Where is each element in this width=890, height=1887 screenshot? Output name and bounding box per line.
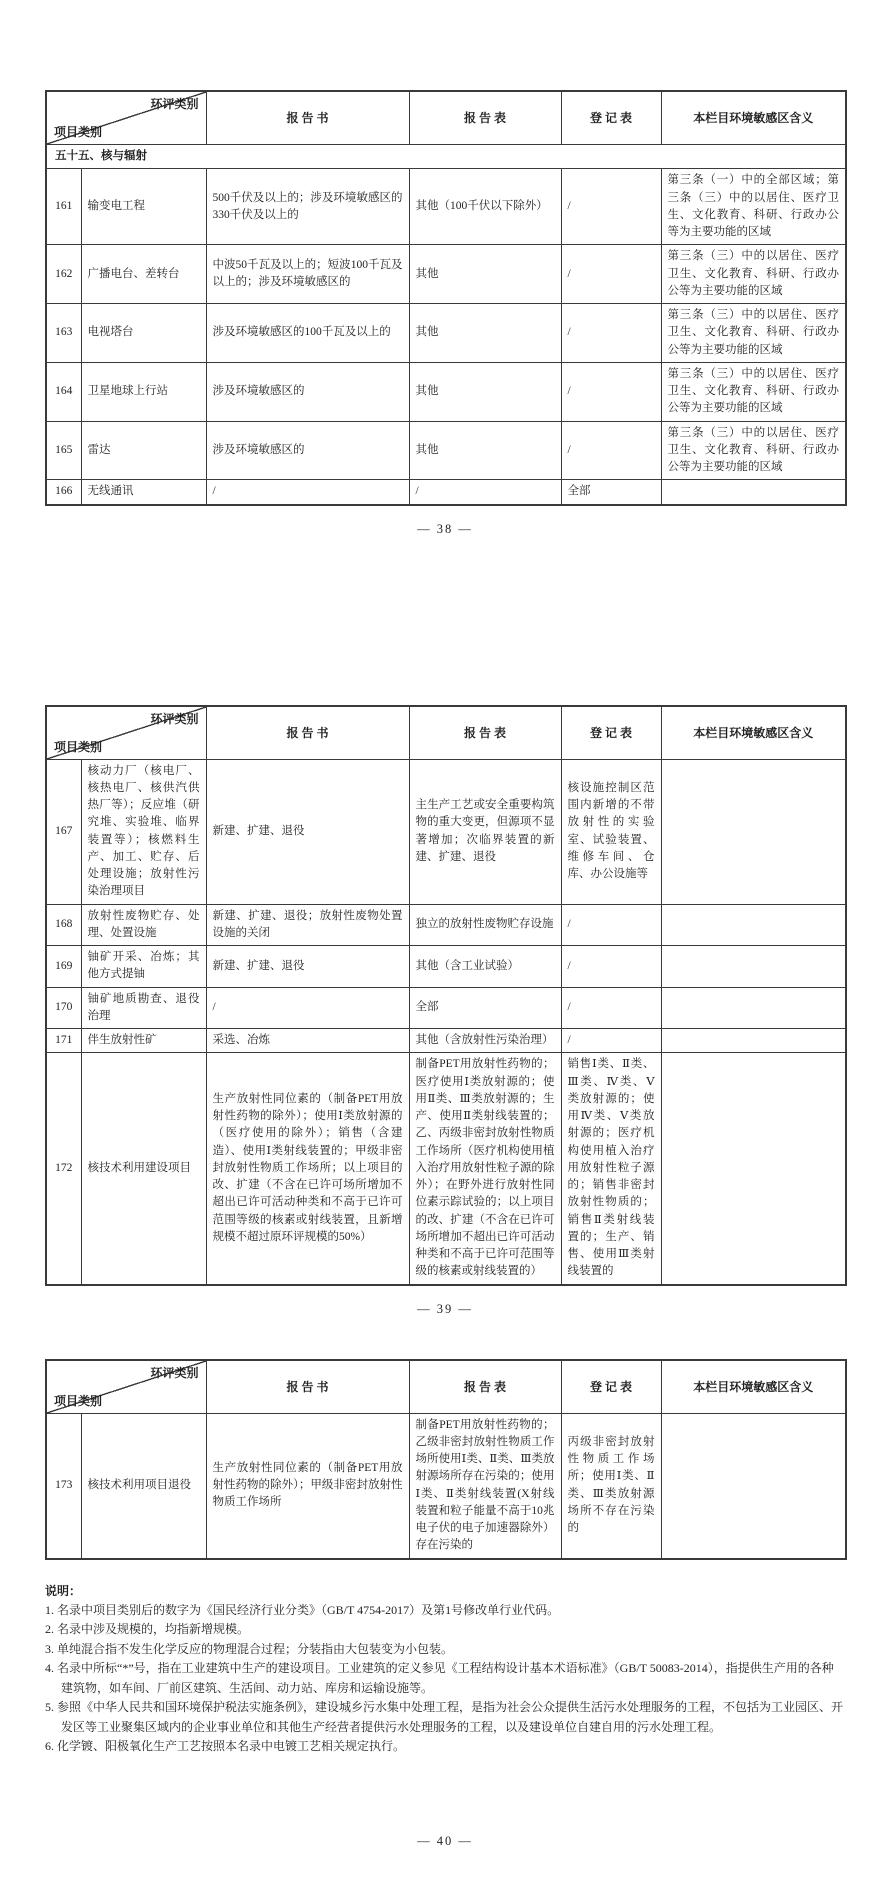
- row-number-cell: 164: [46, 362, 81, 421]
- table-body: 161输变电工程500千伏及以上的；涉及环境敏感区的330千伏及以上的其他（10…: [46, 169, 846, 505]
- column-header-report-book: 报 告 书: [206, 1360, 409, 1414]
- sensitive-area-meaning-cell: [661, 987, 846, 1029]
- project-category-cell: 卫星地球上行站: [81, 362, 206, 421]
- row-number-cell: 163: [46, 304, 81, 363]
- sensitive-area-meaning-cell: [661, 1053, 846, 1285]
- page-number-38: — 38 —: [45, 522, 845, 537]
- report-book-cell: 涉及环境敏感区的100千瓦及以上的: [206, 304, 409, 363]
- sensitive-area-meaning-cell: [661, 904, 846, 946]
- eia-table-page40: 环评类别 项目类别 报 告 书 报 告 表 登 记 表 本栏目环境敏感区含义 1…: [45, 1359, 847, 1560]
- note-item: 3. 单纯混合指不发生化学反应的物理混合过程；分装指由大包装变为小包装。: [45, 1640, 845, 1659]
- row-number-cell: 161: [46, 169, 81, 245]
- sensitive-area-meaning-cell: 第三条（一）中的全部区域；第三条（三）中的以居住、医疗卫生、文化教育、科研、行政…: [661, 169, 846, 245]
- registration-form-cell: /: [561, 245, 661, 304]
- row-number-cell: 162: [46, 245, 81, 304]
- column-header-report-form: 报 告 表: [409, 706, 561, 760]
- section-title-row: 五十五、核与辐射: [46, 145, 846, 169]
- report-form-cell: 制备PET用放射性药物的；医疗使用Ⅰ类放射源的；使用Ⅱ类、Ⅲ类放射源的；生产、使…: [409, 1053, 561, 1285]
- diagonal-header-cell: 环评类别 项目类别: [46, 706, 206, 760]
- registration-form-cell: /: [561, 987, 661, 1029]
- header-row: 环评类别 项目类别 报 告 书 报 告 表 登 记 表 本栏目环境敏感区含义: [46, 1360, 846, 1414]
- report-form-cell: 主生产工艺或安全重要构筑物的重大变更，但源项不显著增加；次临界装置的新建、扩建、…: [409, 759, 561, 904]
- column-header-report-book: 报 告 书: [206, 706, 409, 760]
- column-header-registration-form: 登 记 表: [561, 91, 661, 145]
- eia-table-page39: 环评类别 项目类别 报 告 书 报 告 表 登 记 表 本栏目环境敏感区含义 1…: [45, 705, 847, 1286]
- project-category-cell: 铀矿地质勘查、退役治理: [81, 987, 206, 1029]
- registration-form-cell: 丙级非密封放射性物质工作场所；使用Ⅰ类、Ⅱ类、Ⅲ类放射源场所不存在污染的: [561, 1413, 661, 1559]
- table-row: 173核技术利用项目退役生产放射性同位素的（制备PET用放射性药物的除外）；甲级…: [46, 1413, 846, 1559]
- report-form-cell: 其他（100千伏以下除外）: [409, 169, 561, 245]
- report-form-cell: 制备PET用放射性药物的；乙级非密封放射性物质工作场所使用Ⅰ类、Ⅱ类、Ⅲ类放射源…: [409, 1413, 561, 1559]
- report-form-cell: 独立的放射性废物贮存设施: [409, 904, 561, 946]
- report-book-cell: 采选、冶炼: [206, 1029, 409, 1053]
- section-body: 五十五、核与辐射: [46, 145, 846, 169]
- sensitive-area-meaning-cell: [661, 759, 846, 904]
- table-row: 170铀矿地质勘查、退役治理/全部/: [46, 987, 846, 1029]
- page-number-40: — 40 —: [45, 1834, 845, 1849]
- registration-form-cell: 销售Ⅰ类、Ⅱ类、Ⅲ类、Ⅳ类、Ⅴ类放射源的；使用Ⅳ类、Ⅴ类放射源的；医疗机构使用植…: [561, 1053, 661, 1285]
- project-category-cell: 伴生放射性矿: [81, 1029, 206, 1053]
- registration-form-cell: /: [561, 362, 661, 421]
- report-book-cell: 中波50千瓦及以上的；短波100千瓦及以上的；涉及环境敏感区的: [206, 245, 409, 304]
- report-book-cell: /: [206, 987, 409, 1029]
- column-header-sensitive-area: 本栏目环境敏感区含义: [661, 91, 846, 145]
- report-form-cell: 其他（含工业试验）: [409, 946, 561, 988]
- sensitive-area-meaning-cell: [661, 946, 846, 988]
- header-row: 环评类别 项目类别 报 告 书 报 告 表 登 记 表 本栏目环境敏感区含义: [46, 91, 846, 145]
- eia-table-page38: 环评类别 项目类别 报 告 书 报 告 表 登 记 表 本栏目环境敏感区含义 五…: [45, 90, 847, 506]
- table-row: 169铀矿开采、冶炼；其他方式提铀新建、扩建、退役其他（含工业试验）/: [46, 946, 846, 988]
- registration-form-cell: /: [561, 421, 661, 480]
- table-row: 172核技术利用建设项目生产放射性同位素的（制备PET用放射性药物的除外）；使用…: [46, 1053, 846, 1285]
- row-number-cell: 173: [46, 1413, 81, 1559]
- sensitive-area-meaning-cell: 第三条（三）中的以居住、医疗卫生、文化教育、科研、行政办公等为主要功能的区域: [661, 362, 846, 421]
- row-number-cell: 167: [46, 759, 81, 904]
- report-book-cell: 新建、扩建、退役: [206, 946, 409, 988]
- registration-form-cell: 核设施控制区范围内新增的不带放射性的实验室、试验装置、维修车间、仓库、办公设施等: [561, 759, 661, 904]
- note-item: 6. 化学镀、阳极氧化生产工艺按照本名录中电镀工艺相关规定执行。: [45, 1737, 845, 1756]
- report-form-cell: 其他: [409, 421, 561, 480]
- table-row: 171伴生放射性矿采选、冶炼其他（含放射性污染治理）/: [46, 1029, 846, 1053]
- eia-category-label: 环评类别: [150, 1364, 198, 1382]
- note-item: 1. 名录中项目类别后的数字为《国民经济行业分类》（GB/T 4754-2017…: [45, 1601, 845, 1620]
- registration-form-cell: /: [561, 169, 661, 245]
- sensitive-area-meaning-cell: 第三条（三）中的以居住、医疗卫生、文化教育、科研、行政办公等为主要功能的区域: [661, 421, 846, 480]
- column-header-registration-form: 登 记 表: [561, 706, 661, 760]
- column-header-report-form: 报 告 表: [409, 1360, 561, 1414]
- column-header-sensitive-area: 本栏目环境敏感区含义: [661, 1360, 846, 1414]
- report-form-cell: 其他: [409, 362, 561, 421]
- note-item: 4. 名录中所标“*”号，指在工业建筑中生产的建设项目。工业建筑的定义参见《工程…: [45, 1659, 845, 1698]
- notes-section: 说明： 1. 名录中项目类别后的数字为《国民经济行业分类》（GB/T 4754-…: [45, 1582, 845, 1757]
- column-header-report-book: 报 告 书: [206, 91, 409, 145]
- project-category-cell: 雷达: [81, 421, 206, 480]
- row-number-cell: 166: [46, 480, 81, 505]
- document-sheet: 环评类别 项目类别 报 告 书 报 告 表 登 记 表 本栏目环境敏感区含义 五…: [45, 0, 845, 1849]
- report-form-cell: 其他: [409, 245, 561, 304]
- table-row: 161输变电工程500千伏及以上的；涉及环境敏感区的330千伏及以上的其他（10…: [46, 169, 846, 245]
- notes-list: 1. 名录中项目类别后的数字为《国民经济行业分类》（GB/T 4754-2017…: [45, 1601, 845, 1757]
- row-number-cell: 171: [46, 1029, 81, 1053]
- report-book-cell: 涉及环境敏感区的: [206, 421, 409, 480]
- report-book-cell: 生产放射性同位素的（制备PET用放射性药物的除外）；甲级非密封放射性物质工作场所: [206, 1413, 409, 1559]
- column-header-report-form: 报 告 表: [409, 91, 561, 145]
- report-form-cell: /: [409, 480, 561, 505]
- table-row: 166无线通讯//全部: [46, 480, 846, 505]
- row-number-cell: 172: [46, 1053, 81, 1285]
- note-item: 2. 名录中涉及规模的，均指新增规模。: [45, 1620, 845, 1639]
- page-number-39: — 39 —: [45, 1302, 845, 1317]
- table-row: 167核动力厂（核电厂、核热电厂、核供汽供热厂等）；反应堆（研究堆、实验堆、临界…: [46, 759, 846, 904]
- registration-form-cell: /: [561, 946, 661, 988]
- registration-form-cell: 全部: [561, 480, 661, 505]
- row-number-cell: 169: [46, 946, 81, 988]
- sensitive-area-meaning-cell: [661, 480, 846, 505]
- column-header-registration-form: 登 记 表: [561, 1360, 661, 1414]
- registration-form-cell: /: [561, 304, 661, 363]
- project-category-cell: 电视塔台: [81, 304, 206, 363]
- column-header-sensitive-area: 本栏目环境敏感区含义: [661, 706, 846, 760]
- registration-form-cell: /: [561, 904, 661, 946]
- sensitive-area-meaning-cell: [661, 1029, 846, 1053]
- report-book-cell: 新建、扩建、退役；放射性废物处置设施的关闭: [206, 904, 409, 946]
- table-row: 165雷达涉及环境敏感区的其他/第三条（三）中的以居住、医疗卫生、文化教育、科研…: [46, 421, 846, 480]
- project-category-label: 项目类别: [54, 738, 102, 756]
- project-category-label: 项目类别: [54, 123, 102, 141]
- project-category-cell: 无线通讯: [81, 480, 206, 505]
- eia-category-label: 环评类别: [150, 95, 198, 113]
- report-book-cell: 新建、扩建、退役: [206, 759, 409, 904]
- report-book-cell: 涉及环境敏感区的: [206, 362, 409, 421]
- table-header: 环评类别 项目类别 报 告 书 报 告 表 登 记 表 本栏目环境敏感区含义: [46, 1360, 846, 1414]
- table-row: 162广播电台、差转台中波50千瓦及以上的；短波100千瓦及以上的；涉及环境敏感…: [46, 245, 846, 304]
- row-number-cell: 170: [46, 987, 81, 1029]
- table-body: 167核动力厂（核电厂、核热电厂、核供汽供热厂等）；反应堆（研究堆、实验堆、临界…: [46, 759, 846, 1285]
- project-category-cell: 输变电工程: [81, 169, 206, 245]
- table-body: 173核技术利用项目退役生产放射性同位素的（制备PET用放射性药物的除外）；甲级…: [46, 1413, 846, 1559]
- diagonal-header-cell: 环评类别 项目类别: [46, 91, 206, 145]
- report-book-cell: 500千伏及以上的；涉及环境敏感区的330千伏及以上的: [206, 169, 409, 245]
- registration-form-cell: /: [561, 1029, 661, 1053]
- report-book-cell: /: [206, 480, 409, 505]
- table-row: 164卫星地球上行站涉及环境敏感区的其他/第三条（三）中的以居住、医疗卫生、文化…: [46, 362, 846, 421]
- eia-category-label: 环评类别: [150, 710, 198, 728]
- header-row: 环评类别 项目类别 报 告 书 报 告 表 登 记 表 本栏目环境敏感区含义: [46, 706, 846, 760]
- section-title: 五十五、核与辐射: [46, 145, 846, 169]
- table-header: 环评类别 项目类别 报 告 书 报 告 表 登 记 表 本栏目环境敏感区含义: [46, 91, 846, 145]
- table-row: 163电视塔台涉及环境敏感区的100千瓦及以上的其他/第三条（三）中的以居住、医…: [46, 304, 846, 363]
- project-category-cell: 放射性废物贮存、处理、处置设施: [81, 904, 206, 946]
- report-book-cell: 生产放射性同位素的（制备PET用放射性药物的除外）；使用Ⅰ类放射源的（医疗使用的…: [206, 1053, 409, 1285]
- row-number-cell: 165: [46, 421, 81, 480]
- project-category-cell: 铀矿开采、冶炼；其他方式提铀: [81, 946, 206, 988]
- note-item: 5. 参照《中华人民共和国环境保护税法实施条例》，建设城乡污水集中处理工程，是指…: [45, 1698, 845, 1737]
- table-row: 168放射性废物贮存、处理、处置设施新建、扩建、退役；放射性废物处置设施的关闭独…: [46, 904, 846, 946]
- sensitive-area-meaning-cell: 第三条（三）中的以居住、医疗卫生、文化教育、科研、行政办公等为主要功能的区域: [661, 304, 846, 363]
- sensitive-area-meaning-cell: 第三条（三）中的以居住、医疗卫生、文化教育、科研、行政办公等为主要功能的区域: [661, 245, 846, 304]
- report-form-cell: 其他（含放射性污染治理）: [409, 1029, 561, 1053]
- notes-title: 说明：: [45, 1582, 845, 1601]
- row-number-cell: 168: [46, 904, 81, 946]
- report-form-cell: 其他: [409, 304, 561, 363]
- project-category-cell: 核动力厂（核电厂、核热电厂、核供汽供热厂等）；反应堆（研究堆、实验堆、临界装置等…: [81, 759, 206, 904]
- sensitive-area-meaning-cell: [661, 1413, 846, 1559]
- project-category-label: 项目类别: [54, 1392, 102, 1410]
- report-form-cell: 全部: [409, 987, 561, 1029]
- diagonal-header-cell: 环评类别 项目类别: [46, 1360, 206, 1414]
- project-category-cell: 广播电台、差转台: [81, 245, 206, 304]
- project-category-cell: 核技术利用建设项目: [81, 1053, 206, 1285]
- table-header: 环评类别 项目类别 报 告 书 报 告 表 登 记 表 本栏目环境敏感区含义: [46, 706, 846, 760]
- project-category-cell: 核技术利用项目退役: [81, 1413, 206, 1559]
